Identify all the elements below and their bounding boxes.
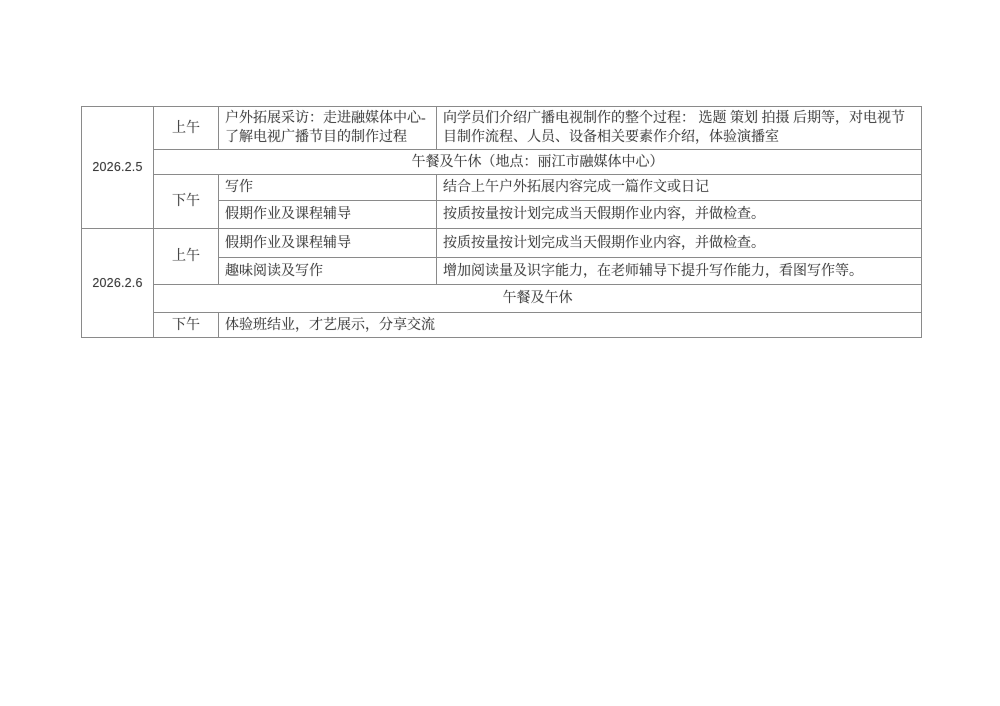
activity-cell: 趣味阅读及写作	[219, 258, 437, 285]
time-cell: 下午	[154, 313, 219, 338]
description-cell: 按质按量按计划完成当天假期作业内容，并做检查。	[437, 201, 922, 229]
activity-cell: 假期作业及课程辅导	[219, 201, 437, 229]
date-cell: 2026.2.5	[82, 107, 154, 229]
description-cell: 结合上午户外拓展内容完成一篇作文或日记	[437, 175, 922, 201]
table-row: 午餐及午休（地点：丽江市融媒体中心）	[82, 150, 922, 175]
description-cell: 向学员们介绍广播电视制作的整个过程： 选题 策划 拍摄 后期等，对电视节目制作流…	[437, 107, 922, 150]
time-cell: 下午	[154, 175, 219, 229]
activity-cell: 户外拓展采访：走进融媒体中心-了解电视广播节目的制作过程	[219, 107, 437, 150]
table-row: 下午 体验班结业，才艺展示，分享交流	[82, 313, 922, 338]
lunch-cell: 午餐及午休	[154, 285, 922, 313]
description-cell: 按质按量按计划完成当天假期作业内容，并做检查。	[437, 229, 922, 258]
activity-cell: 体验班结业，才艺展示，分享交流	[219, 313, 922, 338]
time-cell: 上午	[154, 107, 219, 150]
description-cell: 增加阅读量及识字能力，在老师辅导下提升写作能力，看图写作等。	[437, 258, 922, 285]
table-row: 午餐及午休	[82, 285, 922, 313]
table-row: 下午 写作 结合上午户外拓展内容完成一篇作文或日记	[82, 175, 922, 201]
lunch-cell: 午餐及午休（地点：丽江市融媒体中心）	[154, 150, 922, 175]
date-cell: 2026.2.6	[82, 229, 154, 338]
time-cell: 上午	[154, 229, 219, 285]
document-page: 2026.2.5 上午 户外拓展采访：走进融媒体中心-了解电视广播节目的制作过程…	[0, 0, 1000, 706]
table-row: 2026.2.5 上午 户外拓展采访：走进融媒体中心-了解电视广播节目的制作过程…	[82, 107, 922, 150]
activity-cell: 写作	[219, 175, 437, 201]
activity-cell: 假期作业及课程辅导	[219, 229, 437, 258]
table-row: 2026.2.6 上午 假期作业及课程辅导 按质按量按计划完成当天假期作业内容，…	[82, 229, 922, 258]
schedule-table: 2026.2.5 上午 户外拓展采访：走进融媒体中心-了解电视广播节目的制作过程…	[81, 106, 922, 338]
